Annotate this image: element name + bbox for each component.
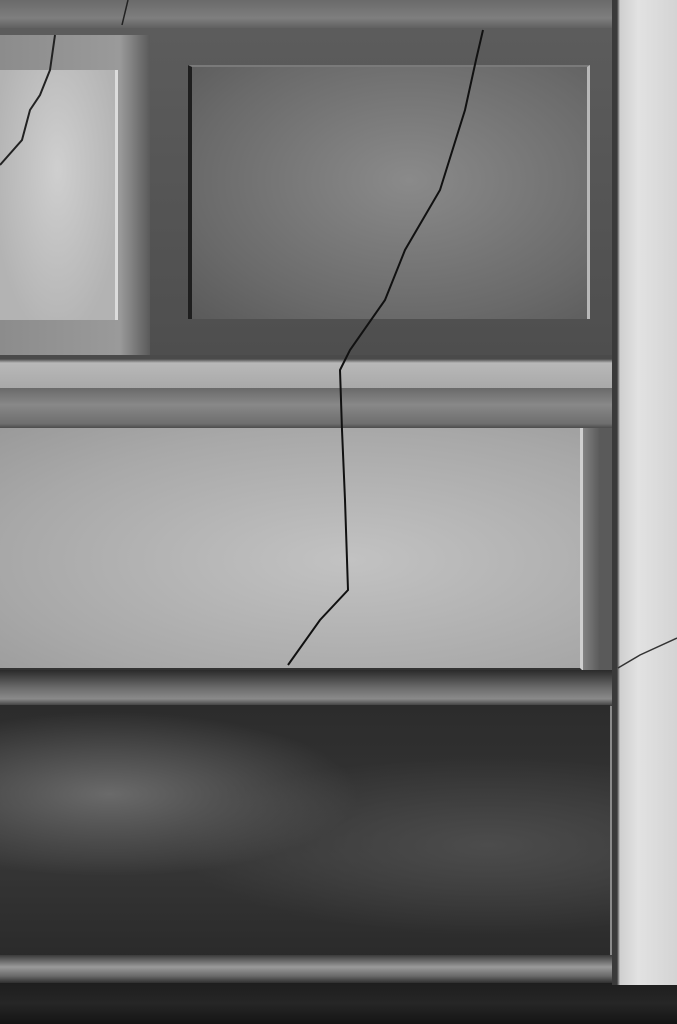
wall-photograph [0,0,677,1024]
plaster-cracks [0,0,677,1024]
